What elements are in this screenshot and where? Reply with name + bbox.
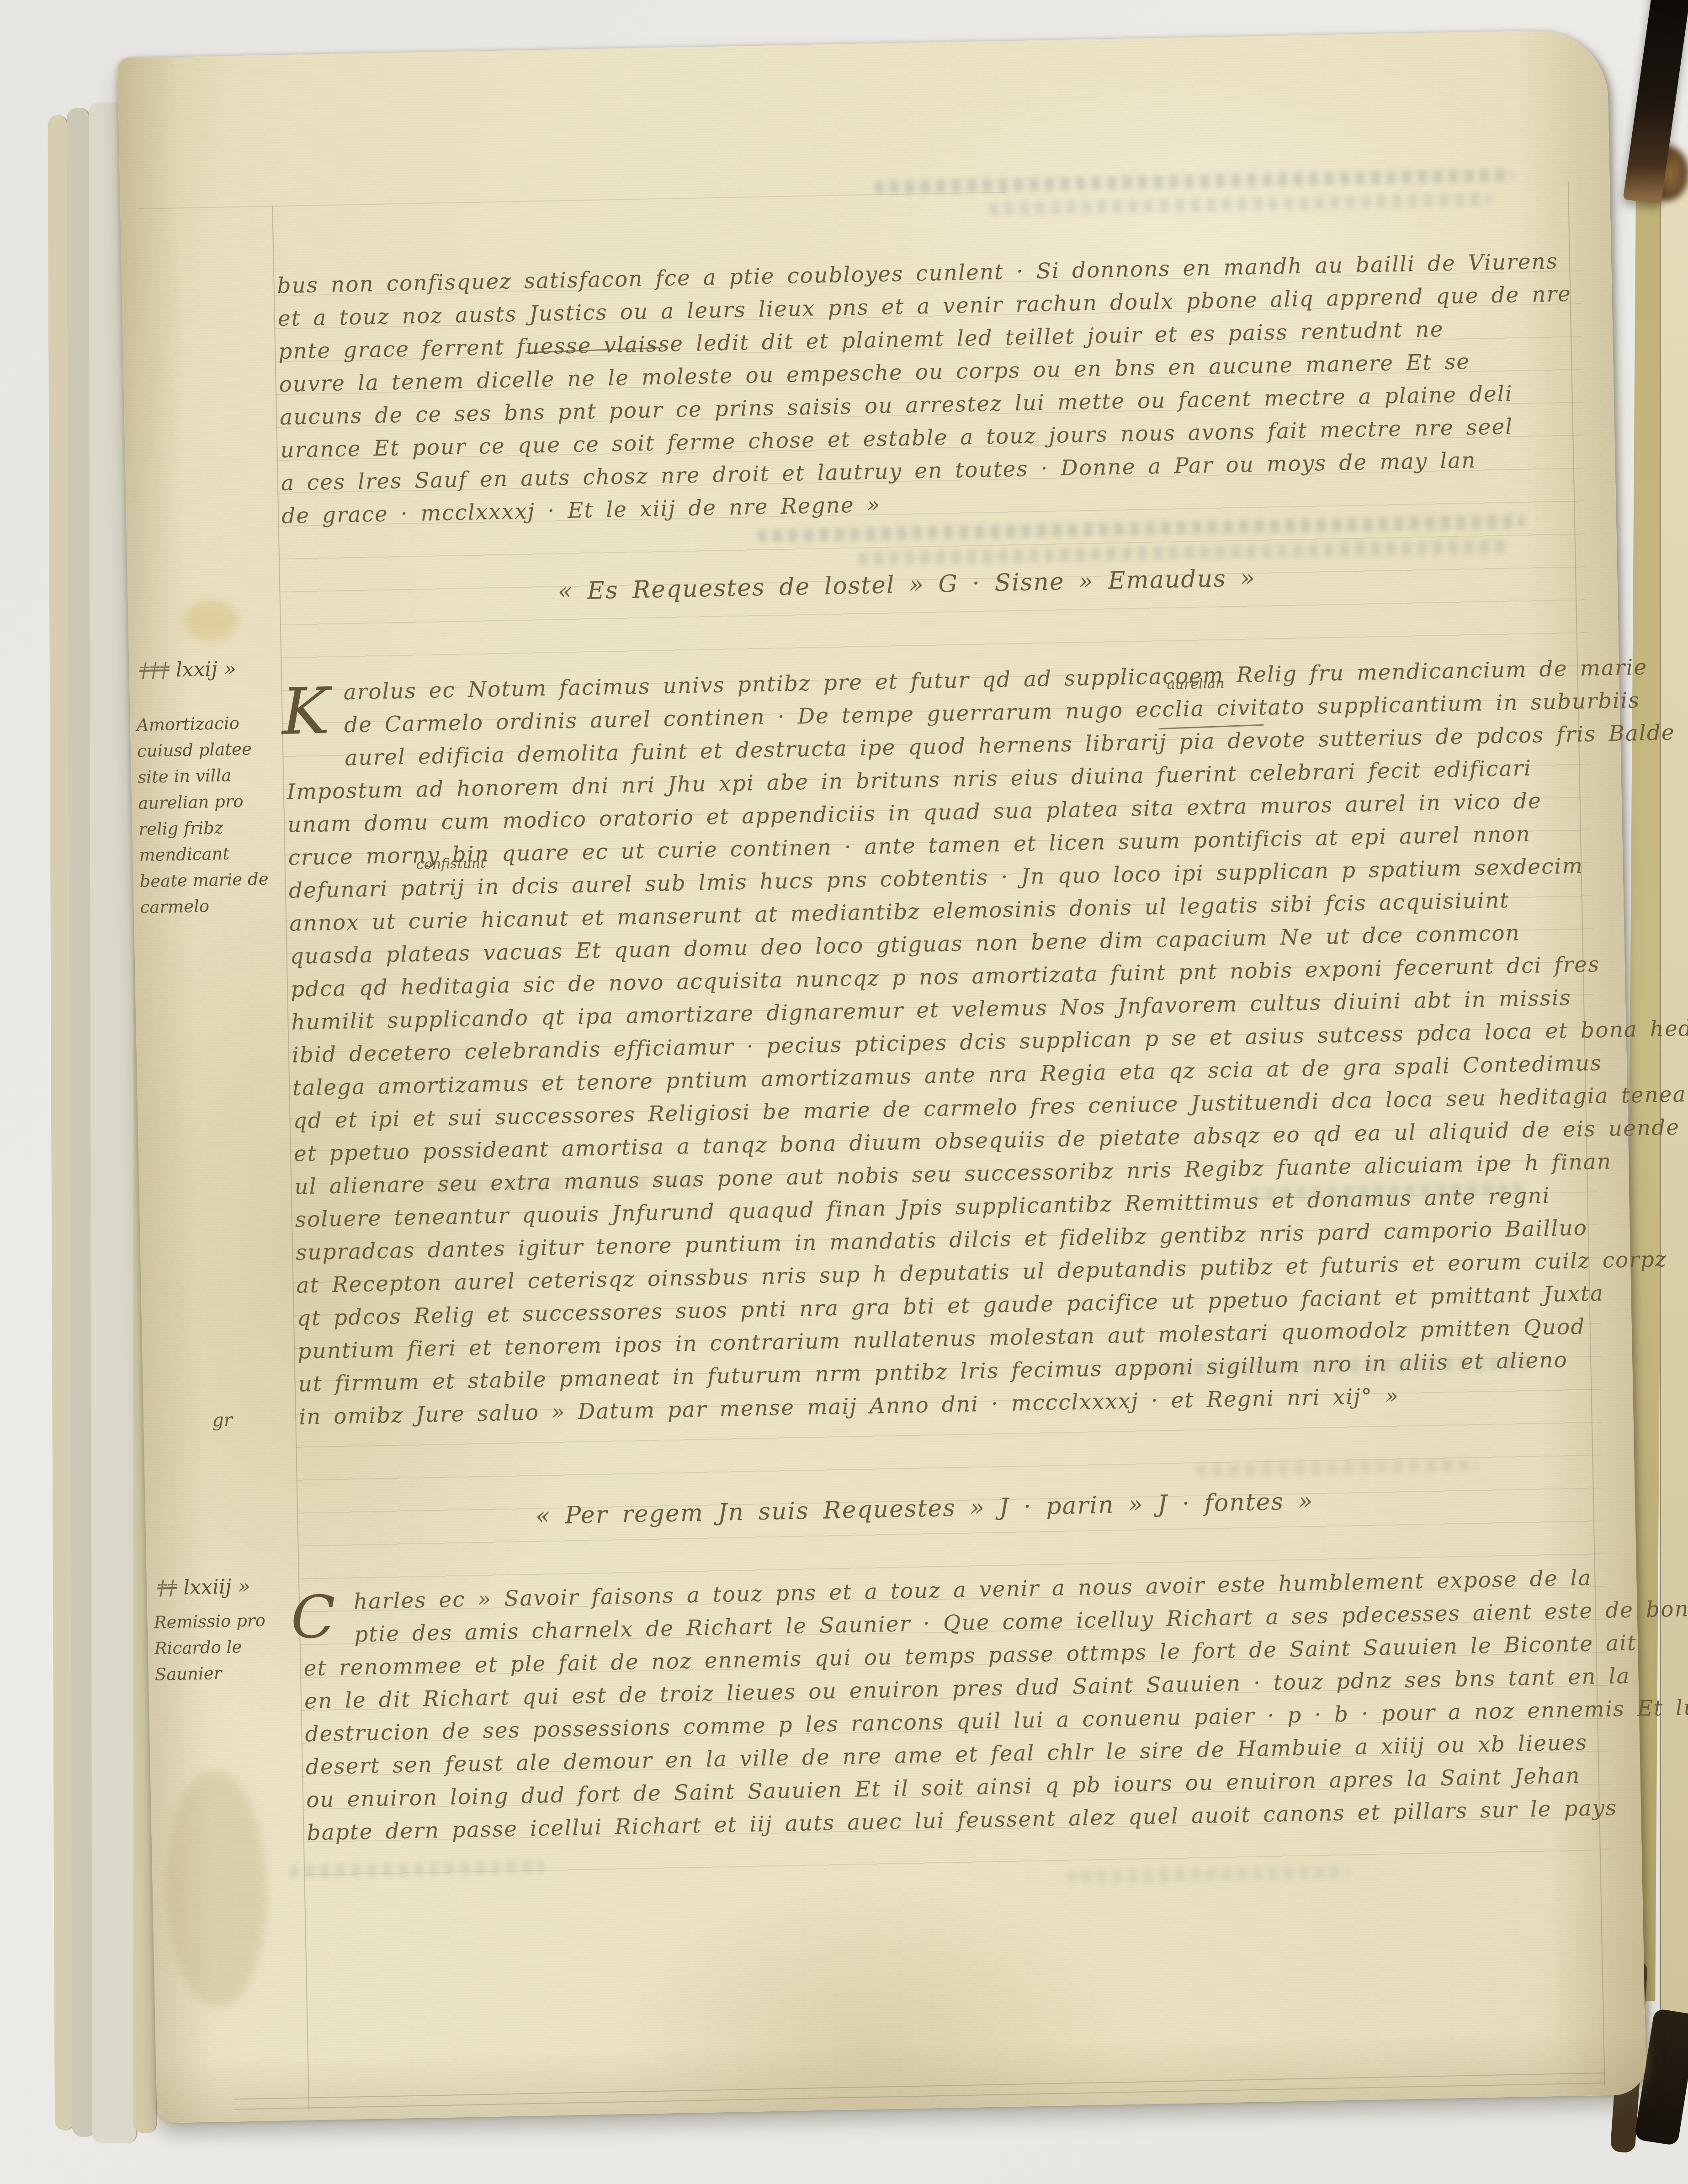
paragraph-latin-karolus: K arolus ec Notum facimus univs pntibz p… xyxy=(285,653,1560,1434)
margin-line: cuiusd platee xyxy=(137,735,288,764)
margin-line: Remissio pro xyxy=(154,1606,305,1635)
initial-letter-K: K xyxy=(281,678,338,746)
paragraph-french-charles: C harles ec » Savoir faisons a touz pns … xyxy=(302,1562,1568,1850)
interlinear-addition: confistunt xyxy=(416,856,486,873)
show-through xyxy=(988,192,1491,216)
margin-line: aurelian pro xyxy=(138,787,289,816)
top-rule xyxy=(138,191,1007,209)
cancelled-strokes: †† xyxy=(157,1576,177,1600)
interlinear-addition: aurelian xyxy=(1167,675,1224,692)
show-through xyxy=(1066,1865,1349,1884)
stain xyxy=(183,600,239,642)
bottom-rule xyxy=(234,2083,1605,2110)
show-through xyxy=(874,168,1513,194)
margin-note-remissio: Remissio pro Ricardo le Saunier xyxy=(154,1606,306,1687)
margin-line: site in villa xyxy=(138,761,289,790)
manuscript-page: bus non confisquez satisfacon fce a ptie… xyxy=(117,29,1646,2123)
margin-line: Ricardo le Saunier xyxy=(154,1632,306,1687)
margin-entry-number: ††lxxiij » xyxy=(157,1573,313,1600)
paragraph-french-1: bus non confisquez satisfacon fce a ptie… xyxy=(277,245,1543,533)
entry-number: lxxiij » xyxy=(183,1575,250,1599)
margin-note-amortizacio: Amortizacio cuiusd platee site in villa … xyxy=(136,709,291,920)
initial-letter-C: C xyxy=(290,1587,350,1649)
margin-line: beate marie de xyxy=(139,866,291,894)
margin-line: Amortizacio xyxy=(136,709,287,738)
entry-number: lxxij » xyxy=(175,657,236,682)
margin-line: carmelo xyxy=(140,892,291,920)
cancelled-strokes: ††† xyxy=(139,659,170,682)
margin-mark: gr xyxy=(212,1409,233,1431)
margin-line: relig fribz xyxy=(138,813,290,842)
margin-line: mendicant xyxy=(139,840,290,868)
margin-entry-number: †††lxxij » xyxy=(139,656,295,683)
stain xyxy=(164,1769,269,2009)
